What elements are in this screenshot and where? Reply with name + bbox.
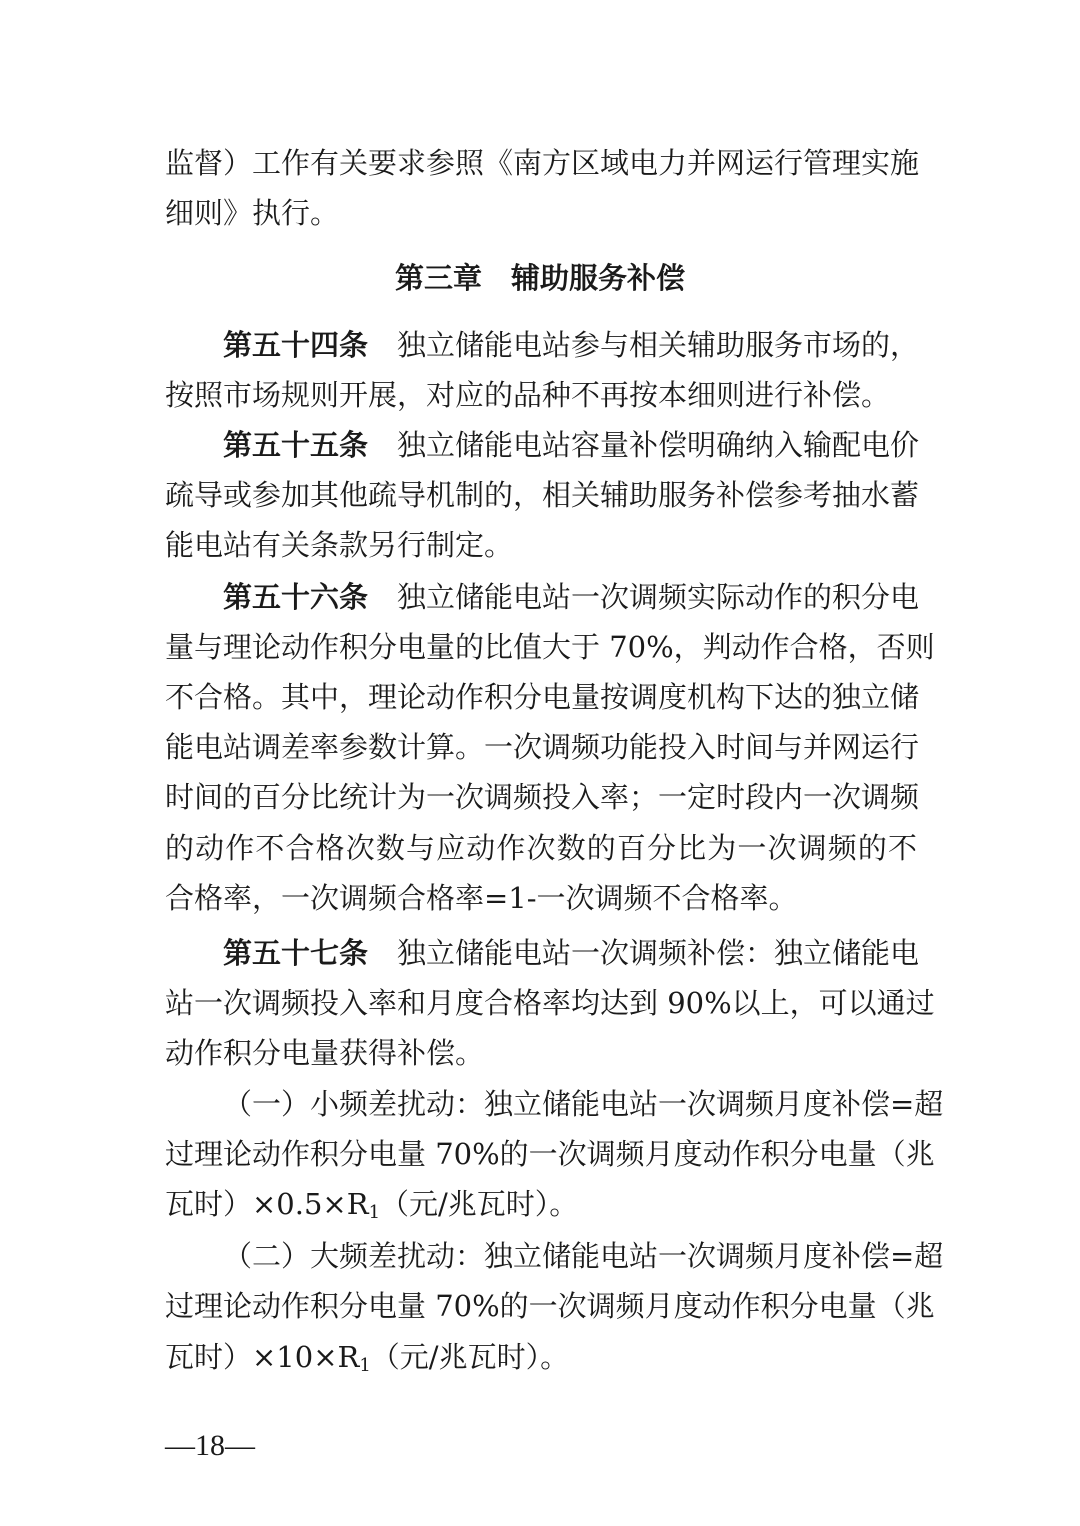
continuation-line-2: 细则》执行。 <box>165 195 917 231</box>
article-55-line-3: 能电站有关条款另行制定。 <box>165 527 917 563</box>
chapter-title: 第三章 辅助服务补偿 <box>0 260 1080 296</box>
article-54-label: 第五十四条 <box>223 328 368 362</box>
article-56-line-7: 合格率，一次调频合格率=1-一次调频不合格率。 <box>165 880 917 916</box>
article-56-line-6: 的动作不合格次数与应动作次数的百分比为一次调频的不 <box>165 830 917 866</box>
item-1-formula: 瓦时）×0.5×R1（元/兆瓦时）。 <box>165 1186 917 1222</box>
item-1-line-1: （一）小频差扰动：独立储能电站一次调频月度补偿=超 <box>165 1086 917 1122</box>
article-56-line-1: 第五十六条 独立储能电站一次调频实际动作的积分电 <box>165 579 917 615</box>
article-57-label: 第五十七条 <box>223 936 368 970</box>
article-57-line-2: 站一次调频投入率和月度合格率均达到 90%以上，可以通过 <box>165 985 917 1021</box>
article-56-label: 第五十六条 <box>223 580 368 614</box>
article-57-line-3: 动作积分电量获得补偿。 <box>165 1035 917 1071</box>
article-54-line-2: 按照市场规则开展，对应的品种不再按本细则进行补偿。 <box>165 377 917 413</box>
item-1-line-2: 过理论动作积分电量 70%的一次调频月度动作积分电量（兆 <box>165 1136 917 1172</box>
article-56-line-3: 不合格。其中，理论动作积分电量按调度机构下达的独立储 <box>165 679 917 715</box>
page-number: —18— <box>165 1428 255 1464</box>
article-56-line-2: 量与理论动作积分电量的比值大于 70%，判动作合格，否则 <box>165 629 917 665</box>
article-55-label: 第五十五条 <box>223 428 368 462</box>
article-56-line-5: 时间的百分比统计为一次调频投入率；一定时段内一次调频 <box>165 779 917 815</box>
item-2-line-2: 过理论动作积分电量 70%的一次调频月度动作积分电量（兆 <box>165 1288 917 1324</box>
article-55-line-2: 疏导或参加其他疏导机制的，相关辅助服务补偿参考抽水蓄 <box>165 477 917 513</box>
item-2-formula: 瓦时）×10×R1（元/兆瓦时）。 <box>165 1339 917 1375</box>
article-55-line-1: 第五十五条 独立储能电站容量补偿明确纳入输配电价 <box>165 427 917 463</box>
article-57-line-1: 第五十七条 独立储能电站一次调频补偿：独立储能电 <box>165 935 917 971</box>
continuation-line-1: 监督）工作有关要求参照《南方区域电力并网运行管理实施 <box>165 145 917 181</box>
item-2-line-1: （二）大频差扰动：独立储能电站一次调频月度补偿=超 <box>165 1238 917 1274</box>
article-54-line-1: 第五十四条 独立储能电站参与相关辅助服务市场的， <box>165 327 917 363</box>
article-56-line-4: 能电站调差率参数计算。一次调频功能投入时间与并网运行 <box>165 729 917 765</box>
